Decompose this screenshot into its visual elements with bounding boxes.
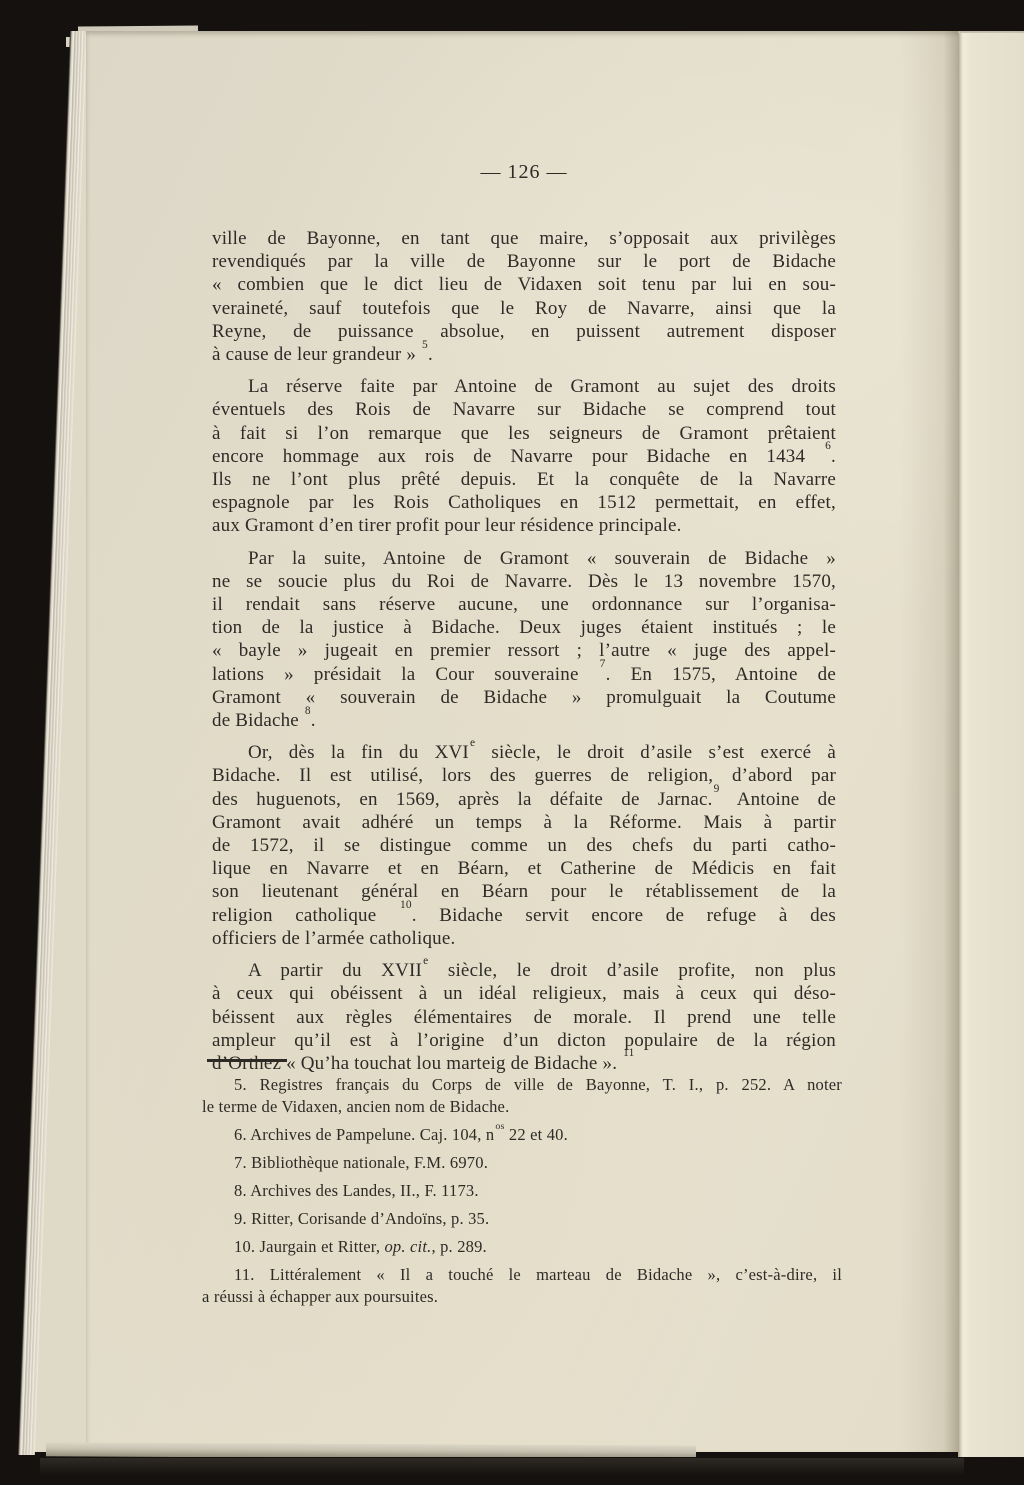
text-line: aux Gramont d’en tirer profit pour leur … — [212, 514, 836, 537]
text-line: lique en Navarre et en Béarn, et Catheri… — [212, 857, 836, 880]
footnote: 11. Littéralement « Il a touché le marte… — [202, 1264, 842, 1308]
footnote: 6. Archives de Pampelune. Caj. 104, nos … — [202, 1124, 842, 1146]
body-text: ville de Bayonne, en tant que maire, s’o… — [212, 227, 836, 1084]
text-line: Or, dès la fin du XVIe siècle, le droit … — [212, 741, 836, 764]
text-line: tion de la justice à Bidache. Deux juges… — [212, 616, 836, 639]
text-line: d’Orthez « Qu’ha touchat lou marteig de … — [212, 1052, 836, 1075]
text-line: 10. Jaurgain et Ritter, op. cit., p. 289… — [202, 1236, 842, 1258]
text-line: 5. Registres français du Corps de ville … — [202, 1074, 842, 1096]
page-number: — 126 — — [212, 161, 836, 184]
text-line: religion catholique 10. Bidache servit e… — [212, 904, 836, 927]
text-line: encore hommage aux rois de Navarre pour … — [212, 445, 836, 468]
book-page: — 126 — ville de Bayonne, en tant que ma… — [86, 31, 1024, 1452]
text-line: 8. Archives des Landes, II., F. 1173. — [202, 1180, 842, 1202]
text-line: Par la suite, Antoine de Gramont « souve… — [212, 547, 836, 570]
body-paragraph: La réserve faite par Antoine de Gramont … — [212, 375, 836, 537]
text-line: 6. Archives de Pampelune. Caj. 104, nos … — [202, 1124, 842, 1146]
text-line: Bidache. Il est utilisé, lors des guerre… — [212, 764, 836, 787]
footnote: 9. Ritter, Corisande d’Andoïns, p. 35. — [202, 1208, 842, 1230]
text-line: revendiqués par la ville de Bayonne sur … — [212, 250, 836, 273]
footnote-separator — [207, 1059, 287, 1062]
text-line: le terme de Vidaxen, ancien nom de Bidac… — [202, 1096, 842, 1118]
text-line: de Bidache 8. — [212, 709, 836, 732]
footnote: 5. Registres français du Corps de ville … — [202, 1074, 842, 1118]
text-line: A partir du XVIIe siècle, le droit d’asi… — [212, 959, 836, 982]
page-fold-shadow — [900, 31, 958, 1452]
text-line: à ceux qui obéissent à un idéal religieu… — [212, 982, 836, 1005]
footnote: 10. Jaurgain et Ritter, op. cit., p. 289… — [202, 1236, 842, 1258]
text-line: son lieutenant général en Béarn pour le … — [212, 880, 836, 903]
text-line: « bayle » jugeait en premier ressort ; l… — [212, 639, 836, 662]
text-line: de 1572, il se distingue comme un des ch… — [212, 834, 836, 857]
text-line: veraineté, sauf toutefois que le Roy de … — [212, 297, 836, 320]
footnotes: 5. Registres français du Corps de ville … — [202, 1074, 842, 1314]
text-line: a réussi à échapper aux poursuites. — [202, 1286, 842, 1308]
text-line: à cause de leur grandeur » 5. — [212, 343, 836, 366]
text-line: La réserve faite par Antoine de Gramont … — [212, 375, 836, 398]
page-bottom-shadow — [40, 1458, 964, 1476]
text-line: Gramont avait adhéré un temps à la Réfor… — [212, 811, 836, 834]
text-line: à fait si l’on remarque que les seigneur… — [212, 422, 836, 445]
footnote: 8. Archives des Landes, II., F. 1173. — [202, 1180, 842, 1202]
text-line: lations » présidait la Cour souveraine 7… — [212, 663, 836, 686]
text-line: des huguenots, en 1569, après la défaite… — [212, 788, 836, 811]
text-line: 9. Ritter, Corisande d’Andoïns, p. 35. — [202, 1208, 842, 1230]
next-page-edge — [958, 33, 1024, 1457]
text-line: ampleur qu’il est à l’origine d’un dicto… — [212, 1029, 836, 1052]
body-paragraph: Or, dès la fin du XVIe siècle, le droit … — [212, 741, 836, 950]
footnote: 7. Bibliothèque nationale, F.M. 6970. — [202, 1152, 842, 1174]
book-scan: — 126 — ville de Bayonne, en tant que ma… — [0, 0, 1024, 1485]
body-paragraph: Par la suite, Antoine de Gramont « souve… — [212, 547, 836, 733]
text-line: il rendait sans réserve aucune, une ordo… — [212, 593, 836, 616]
body-paragraph: ville de Bayonne, en tant que maire, s’o… — [212, 227, 836, 366]
text-line: ville de Bayonne, en tant que maire, s’o… — [212, 227, 836, 250]
text-line: espagnole par les Rois Catholiques en 15… — [212, 491, 836, 514]
text-line: béissent aux règles élémentaires de mora… — [212, 1006, 836, 1029]
text-line: éventuels des Rois de Navarre sur Bidach… — [212, 398, 836, 421]
body-paragraph: A partir du XVIIe siècle, le droit d’asi… — [212, 959, 836, 1075]
text-line: 7. Bibliothèque nationale, F.M. 6970. — [202, 1152, 842, 1174]
text-line: officiers de l’armée catholique. — [212, 927, 836, 950]
text-line: Ils ne l’ont plus prêté depuis. Et la co… — [212, 468, 836, 491]
text-line: « combien que le dict lieu de Vidaxen so… — [212, 273, 836, 296]
text-line: ne se soucie plus du Roi de Navarre. Dès… — [212, 570, 836, 593]
text-line: 11. Littéralement « Il a touché le marte… — [202, 1264, 842, 1286]
text-line: Reyne, de puissance absolue, en puissent… — [212, 320, 836, 343]
